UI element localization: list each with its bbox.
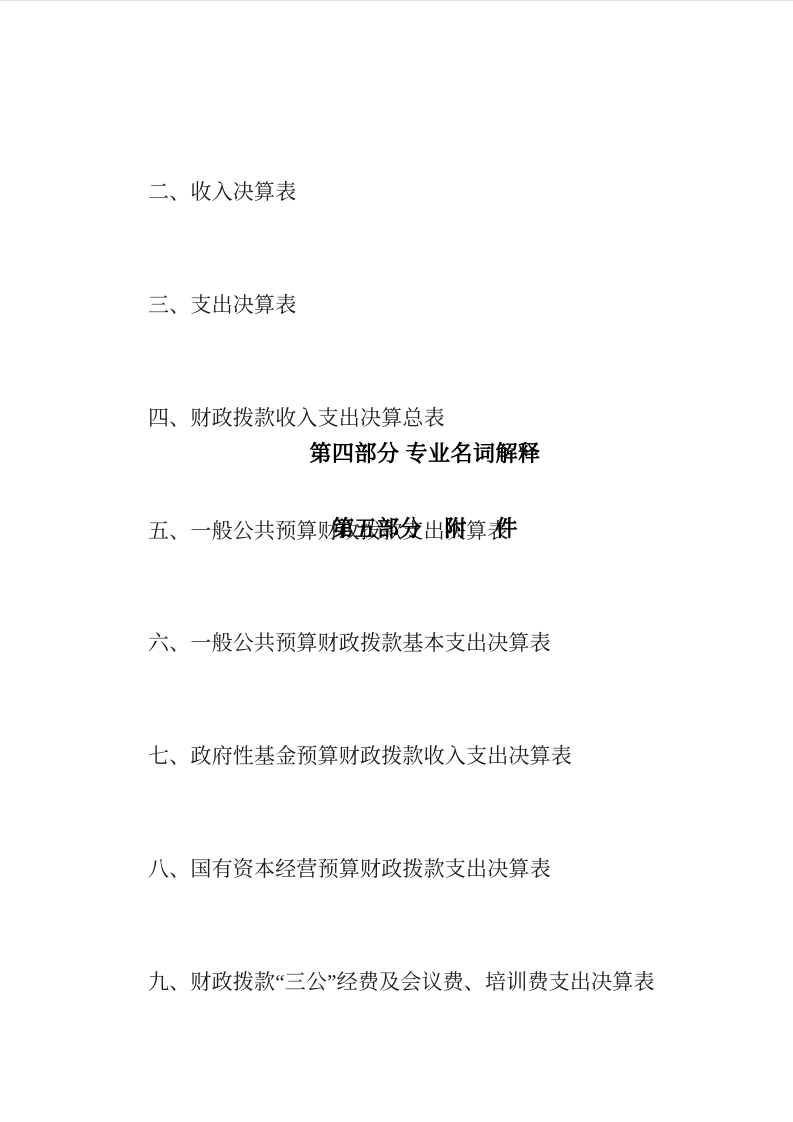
toc-item: 四、财政拨款收入支出决算总表 [148,400,655,438]
toc-item: 六、一般公共预算财政拨款基本支出决算表 [148,625,655,663]
toc-item: 二、收入决算表 [148,174,655,212]
toc-item: 三、支出决算表 [148,287,655,325]
toc-list: 二、收入决算表 三、支出决算表 四、财政拨款收入支出决算总表 五、一般公共预算财… [148,99,655,1076]
page-top-edge-line [0,0,793,1]
toc-item: 七、政府性基金预算财政拨款收入支出决算表 [148,738,655,776]
toc-item: 八、国有资本经营预算财政拨款支出决算表 [148,851,655,889]
toc-item: 九、财政拨款“三公”经费及会议费、培训费支出决算表 [148,964,655,1002]
section-heading-part5: 第五部分 附 件 [57,514,793,544]
document-page: 二、收入决算表 三、支出决算表 四、财政拨款收入支出决算总表 五、一般公共预算财… [0,0,793,1122]
section-heading-part4: 第四部分 专业名词解释 [57,439,793,469]
